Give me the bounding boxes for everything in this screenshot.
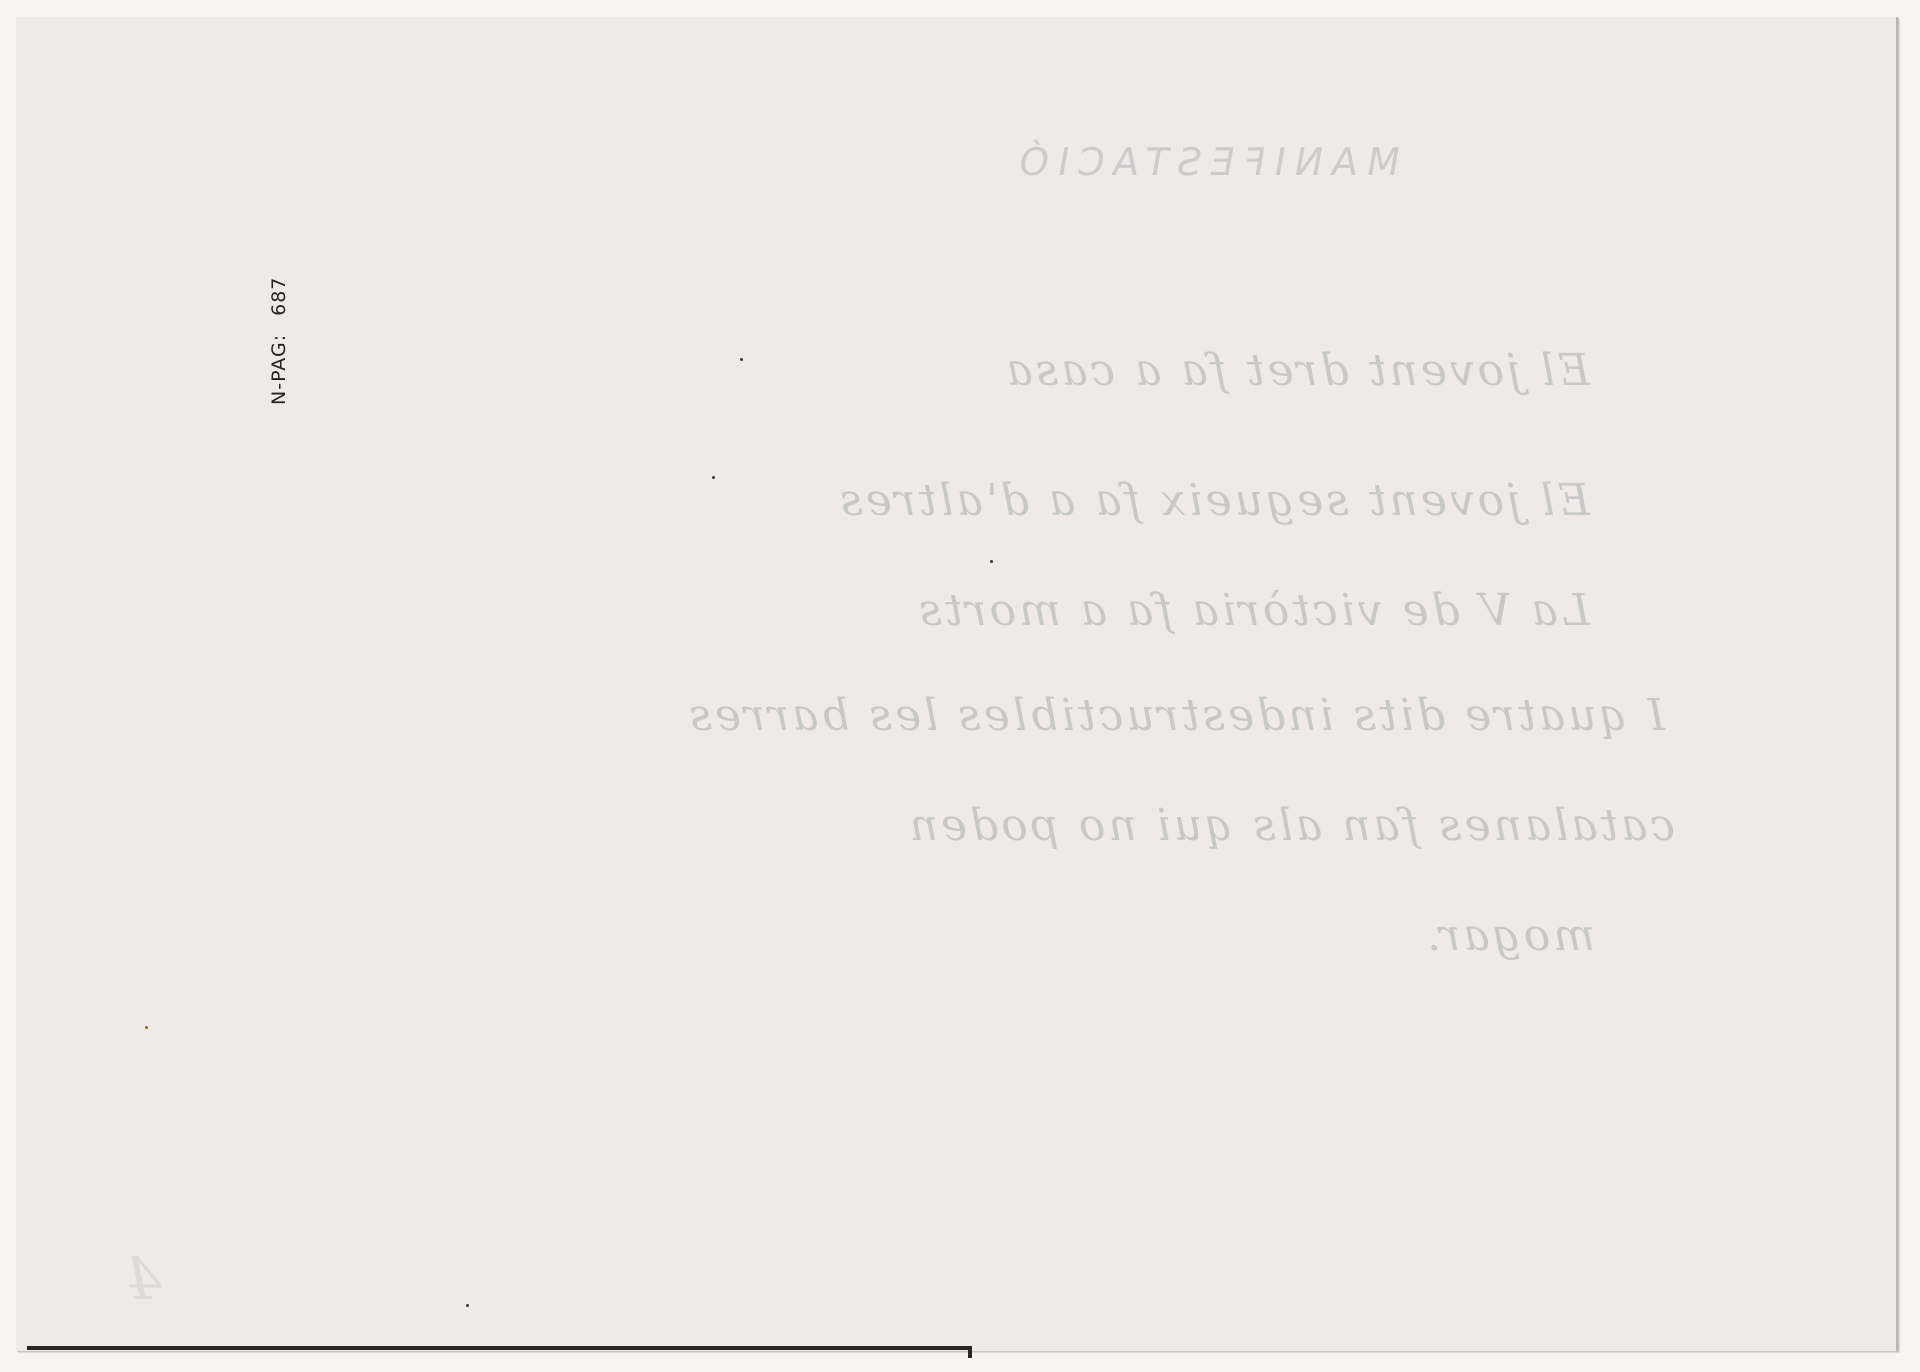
page-stamp-number: 687 xyxy=(268,277,290,316)
page-stamp-label: N-PAG: xyxy=(268,334,290,405)
show-through-line-3: La V de victòria fa a morts xyxy=(890,585,1590,636)
show-through-line-4: I quatre dits indestructibles les barres xyxy=(700,690,1665,741)
speck xyxy=(712,476,715,479)
bottom-rule-line xyxy=(27,1346,972,1350)
speck xyxy=(740,358,743,361)
page-stamp: N-PAG:687 xyxy=(268,277,290,405)
paper-sheet xyxy=(16,17,1898,1351)
show-through-title: MANIFESTACIÓ xyxy=(986,140,1424,184)
show-through-line-5: catalanes fan als qui no poden xyxy=(770,800,1675,851)
show-through-line-1: El jovent dret fa a casa xyxy=(990,345,1590,396)
speck xyxy=(145,1026,148,1029)
bottom-rule-tick xyxy=(968,1346,972,1358)
speck xyxy=(990,560,993,563)
show-through-line-6: mogar. xyxy=(1495,910,1595,961)
show-through-line-2: El jovent segueix fa a d'altres xyxy=(785,475,1590,526)
speck xyxy=(466,1304,469,1307)
corner-page-mark: 4 xyxy=(125,1245,162,1313)
